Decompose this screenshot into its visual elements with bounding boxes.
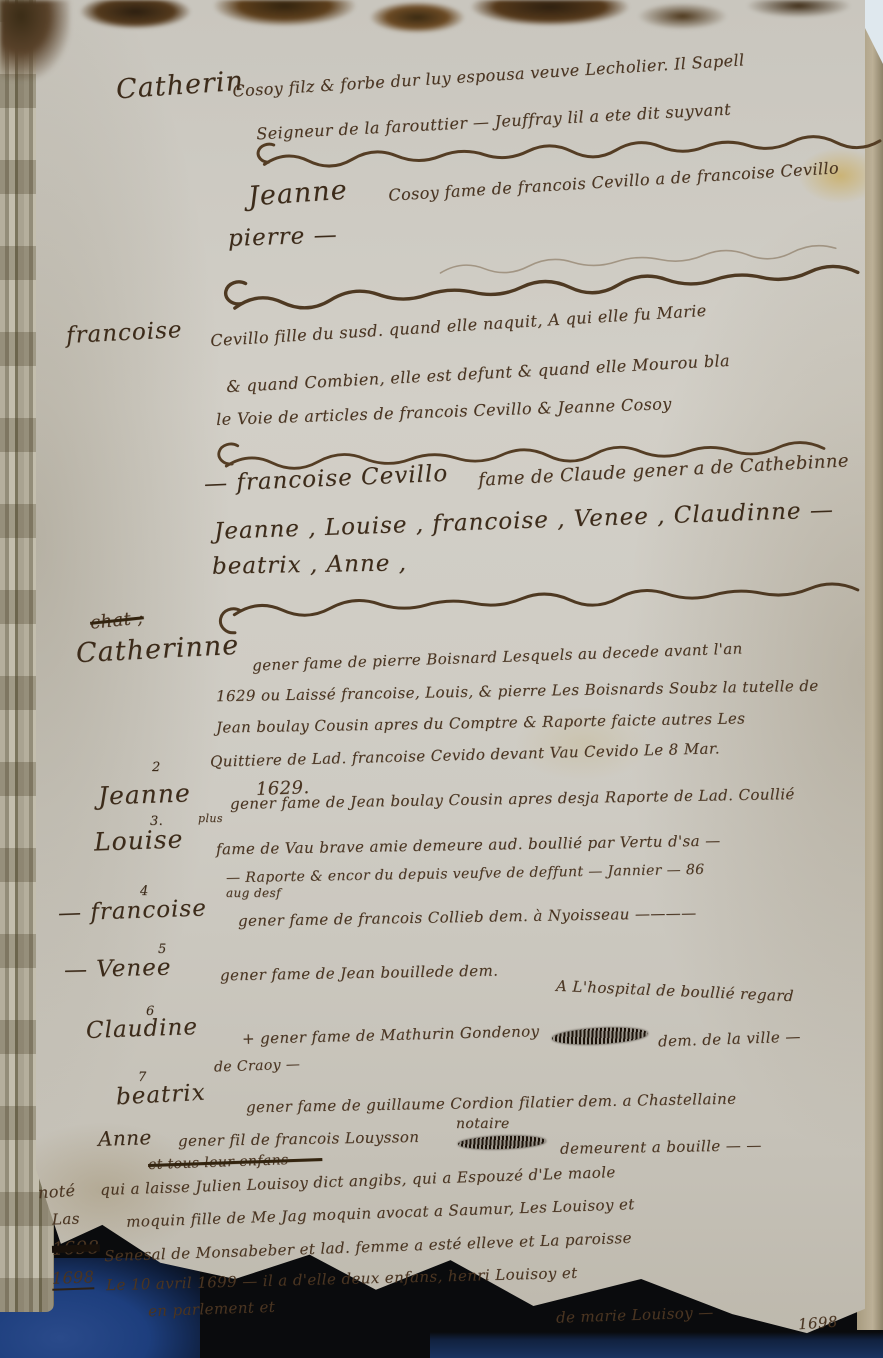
mold-stains [36, 0, 865, 58]
entry-beatrix7-name: beatrix [115, 1080, 206, 1111]
entry-jeanne2-name: Jeanne [98, 778, 192, 810]
footnote-year-struck: 1698 [52, 1237, 100, 1260]
footnote-year-margin: 1698 [52, 1267, 95, 1290]
footnote-margin-note: noté [37, 1181, 76, 1203]
entry-jeanne2-number: 2 [152, 760, 161, 775]
entry-claudine6-line2: de Craoy — [214, 1056, 301, 1075]
footnote-margin-las: Las [52, 1210, 80, 1229]
entry-anne-insert: notaire [456, 1116, 510, 1132]
entry-francoise-claude-line3: beatrix , Anne , [212, 550, 407, 579]
entry-anne-text2: demeurent a bouille — — [560, 1136, 762, 1158]
entry-francoise4-name: — francoise [58, 895, 208, 926]
footnote-year-right: 1698 [797, 1313, 838, 1334]
entry-jeanne-line2: pierre — [228, 222, 338, 252]
entry-venee5-name: — Venee [64, 955, 172, 984]
entry-louise3-insert: plus [198, 812, 223, 825]
footnote-line5: en parlement et [148, 1298, 276, 1320]
spine-stain [0, 0, 70, 80]
footnote-line6: de marie Louisoy — [556, 1303, 714, 1326]
entry-anne-name: Anne [98, 1125, 152, 1151]
entry-louise3-name: Louise [94, 824, 184, 856]
manuscript-photo: Catherin Cosoy filz & forbe dur luy espo… [0, 0, 883, 1358]
entry-claudine6-name: Claudine [86, 1014, 199, 1044]
table-cloth-strip [430, 1332, 883, 1358]
entry-louise3-sub2: aug desf [226, 886, 281, 900]
